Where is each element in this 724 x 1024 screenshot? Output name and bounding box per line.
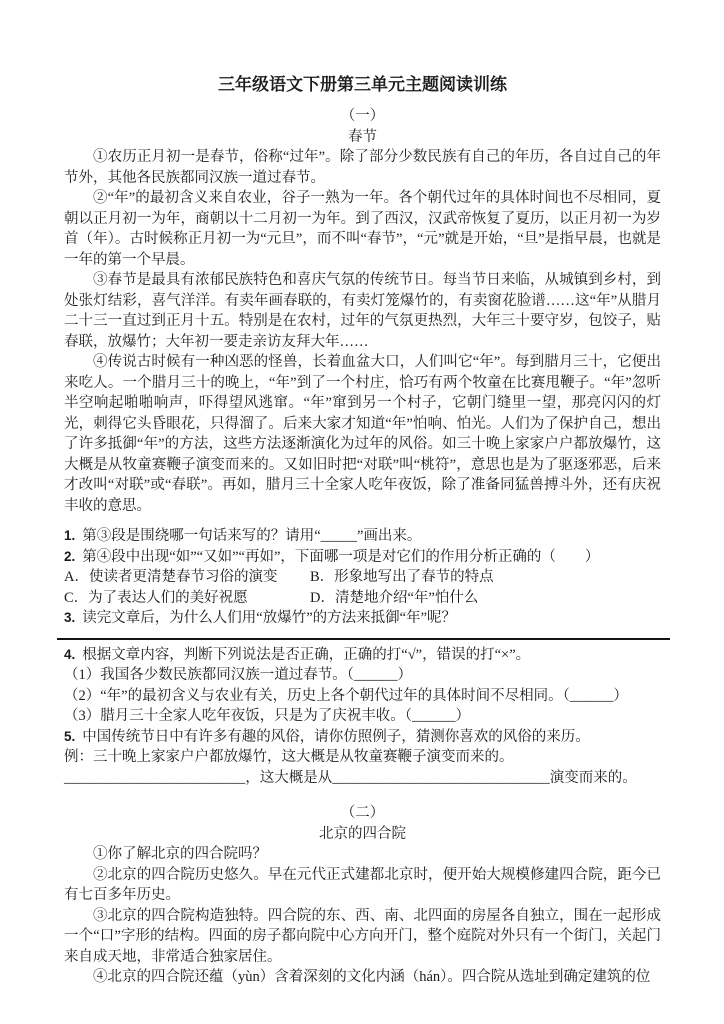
section-1-title: 春节 <box>64 127 661 148</box>
question-3-text: 读完文章后，为什么人们用“放爆竹”的方法来抵御“年”呢？ <box>82 610 456 626</box>
question-1-text: 第③段是围绕哪一句话来写的？请用“_____”画出来。 <box>82 528 421 544</box>
section-1-paragraph-2: ②“年”的最初含义来自农业，谷子一熟为一年。各个朝代过年的具体时间也不尽相同，夏… <box>64 188 661 270</box>
example-line: 例：三十晚上家家户户都放爆竹，这大概是从牧童赛鞭子演变而来的。 <box>64 747 661 768</box>
fill-in-blank-line: _________________________，这大概是从_________… <box>64 768 661 789</box>
question-2-text: 第④段中出现“如”“又如”“再如”，下面哪一项是对它们的作用分析正确的（ ） <box>82 549 599 565</box>
options-row-1: A．使读者更清楚春节习俗的演变 B．形象地写出了春节的特点 <box>64 567 661 588</box>
question-block: 1.第③段是围绕哪一句话来写的？请用“_____”画出来。 2.第④段中出现“如… <box>64 526 661 629</box>
section-divider-line <box>57 638 670 640</box>
question-3: 3.读完文章后，为什么人们用“放爆竹”的方法来抵御“年”呢？ <box>64 608 661 629</box>
question-4: 4.根据文章内容，判断下列说法是否正确，正确的打“√”，错误的打“×”。 <box>64 645 661 666</box>
option-b: B．形象地写出了春节的特点 <box>310 567 494 588</box>
question-5-number: 5. <box>64 729 82 744</box>
page-title: 三年级语文下册第三单元主题阅读训练 <box>64 74 661 96</box>
question-3-number: 3. <box>64 610 82 625</box>
section-2-marker: （二） <box>64 803 661 824</box>
section-2-paragraph-4: ④北京的四合院还蕴（yùn）含着深刻的文化内涵（hán）。四合院从选址到确定建筑… <box>64 967 661 988</box>
question-5-text: 中国传统节日中有许多有趣的风俗，请你仿照例子，猜测你喜欢的风俗的来历。 <box>82 729 590 745</box>
question-1-number: 1. <box>64 528 82 543</box>
question-4-number: 4. <box>64 647 82 662</box>
section-1-paragraph-1: ①农历正月初一是春节，俗称“过年”。除了部分少数民族有自己的年历，各自过自己的年… <box>64 147 661 188</box>
option-a: A．使读者更清楚春节习俗的演变 <box>64 567 310 588</box>
question-5: 5.中国传统节日中有许多有趣的风俗，请你仿照例子，猜测你喜欢的风俗的来历。 <box>64 727 661 748</box>
options-row-2: C．为了表达人们的美好祝愿 D．清楚地介绍“年”怕什么 <box>64 588 661 609</box>
question-1: 1.第③段是围绕哪一句话来写的？请用“_____”画出来。 <box>64 526 661 547</box>
question-2: 2.第④段中出现“如”“又如”“再如”，下面哪一项是对它们的作用分析正确的（ ） <box>64 547 661 568</box>
section-1-paragraph-3: ③春节是最具有浓郁民族特色和喜庆气氛的传统节日。每当节日来临，从城镇到乡村，到处… <box>64 270 661 352</box>
section-2-title: 北京的四合院 <box>64 824 661 845</box>
judge-item-1: （1）我国各少数民族都同汉族一道过春节。（______） <box>64 665 661 686</box>
option-c: C．为了表达人们的美好祝愿 <box>64 588 310 609</box>
worksheet-page: 三年级语文下册第三单元主题阅读训练 （一） 春节 ①农历正月初一是春节，俗称“过… <box>0 0 724 1024</box>
section-2-paragraph-2: ②北京的四合院历史悠久。早在元代正式建都北京时，便开始大规模修建四合院，距今已有… <box>64 865 661 906</box>
question-2-number: 2. <box>64 549 82 564</box>
section-1-paragraph-4: ④传说古时候有一种凶恶的怪兽，长着血盆大口，人们叫它“年”。每到腊月三十，它便出… <box>64 352 661 516</box>
section-2-paragraph-3: ③北京的四合院构造独特。四合院的东、西、南、北四面的房屋各自独立，围在一起形成一… <box>64 906 661 968</box>
option-d: D．清楚地介绍“年”怕什么 <box>310 588 478 609</box>
question-4-text: 根据文章内容，判断下列说法是否正确，正确的打“√”，错误的打“×”。 <box>82 647 530 663</box>
judge-item-2: （2）“年”的最初含义与农业有关，历史上各个朝代过年的具体时间不尽相同。（___… <box>64 686 661 707</box>
section-1-marker: （一） <box>64 106 661 127</box>
section-2-paragraph-1: ①你了解北京的四合院吗？ <box>64 844 661 865</box>
judge-item-3: （3）腊月三十全家人吃年夜饭，只是为了庆祝丰收。（______） <box>64 706 661 727</box>
